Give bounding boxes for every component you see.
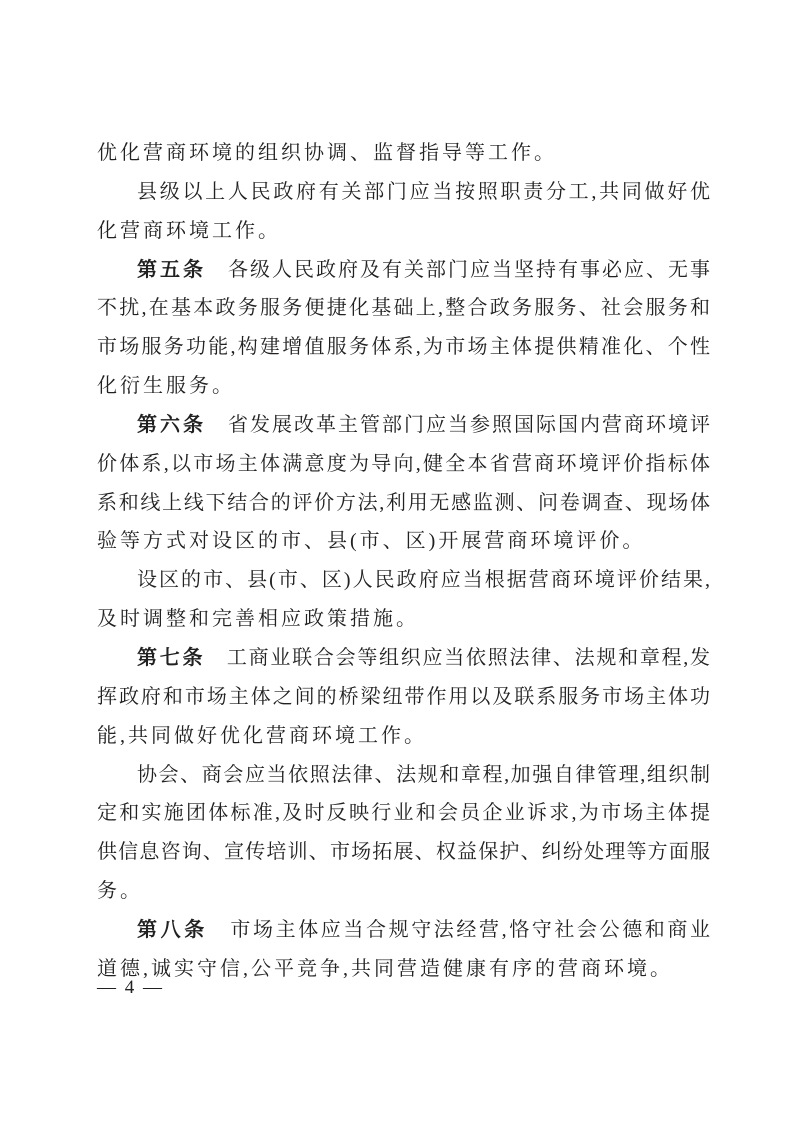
text-line: 设区的市、县(市、区)人民政府应当根据营商环境评价结果, — [97, 561, 710, 600]
text-line: 务。 — [97, 872, 710, 911]
document-page: 优化营商环境的组织协调、监督指导等工作。县级以上人民政府有关部门应当按照职责分工… — [0, 0, 794, 1123]
page: { "page": { "background_color": "#ffffff… — [0, 0, 794, 1123]
text-line: 定和实施团体标准,及时反映行业和会员企业诉求,为市场主体提 — [97, 794, 710, 833]
text-line: 第八条 市场主体应当合规守法经营,恪守社会公德和商业 — [97, 911, 710, 950]
article-number: 第六条 — [137, 414, 206, 436]
text-line: 第五条 各级人民政府及有关部门应当坚持有事必应、无事 — [97, 251, 710, 290]
article-number: 第五条 — [137, 259, 206, 281]
text-line: 验等方式对设区的市、县(市、区)开展营商环境评价。 — [97, 522, 710, 561]
text-line: 化衍生服务。 — [97, 367, 710, 406]
text-line: 不扰,在基本政务服务便捷化基础上,整合政务服务、社会服务和 — [97, 289, 710, 328]
text-line: 协会、商会应当依照法律、法规和章程,加强自律管理,组织制 — [97, 756, 710, 795]
document-body: 优化营商环境的组织协调、监督指导等工作。县级以上人民政府有关部门应当按照职责分工… — [97, 134, 710, 989]
article-number: 第八条 — [137, 919, 208, 941]
text-line: 市场服务功能,构建增值服务体系,为市场主体提供精准化、个性 — [97, 328, 710, 367]
text-line: 能,共同做好优化营商环境工作。 — [97, 717, 710, 756]
text-line: 第七条 工商业联合会等组织应当依照法律、法规和章程,发 — [97, 639, 710, 678]
text-line: 供信息咨询、宣传培训、市场拓展、权益保护、纠纷处理等方面服 — [97, 833, 710, 872]
text-line: 挥政府和市场主体之间的桥梁纽带作用以及联系服务市场主体功 — [97, 678, 710, 717]
text-line: 系和线上线下结合的评价方法,利用无感监测、问卷调查、现场体 — [97, 484, 710, 523]
text-line: 化营商环境工作。 — [97, 212, 710, 251]
text-line: 价体系,以市场主体满意度为导向,健全本省营商环境评价指标体 — [97, 445, 710, 484]
article-number: 第七条 — [137, 647, 205, 669]
text-line: 优化营商环境的组织协调、监督指导等工作。 — [97, 134, 710, 173]
text-line: 道德,诚实守信,公平竞争,共同营造健康有序的营商环境。 — [97, 950, 710, 989]
text-line: 第六条 省发展改革主管部门应当参照国际国内营商环境评 — [97, 406, 710, 445]
text-line: 及时调整和完善相应政策措施。 — [97, 600, 710, 639]
page-number: — 4 — — [97, 976, 164, 1000]
text-line: 县级以上人民政府有关部门应当按照职责分工,共同做好优 — [97, 173, 710, 212]
